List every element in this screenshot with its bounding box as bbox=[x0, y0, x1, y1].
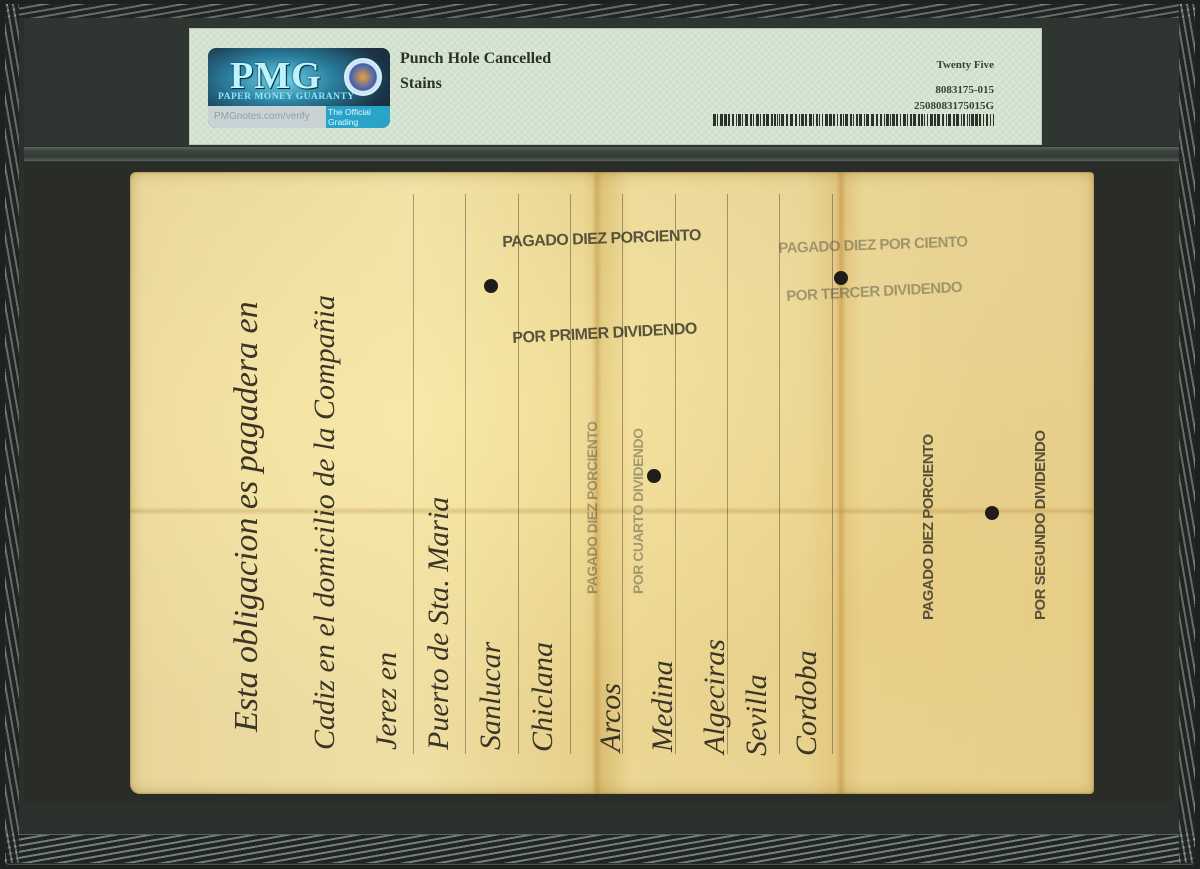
pmg-logo: PMG PAPER MONEY GUARANTY PMGnotes.com/ve… bbox=[208, 48, 390, 128]
ruled-line bbox=[518, 194, 519, 754]
holder-frame-right bbox=[1179, 4, 1195, 863]
verify-url: PMGnotes.com/verify bbox=[208, 106, 326, 128]
punch-hole bbox=[985, 506, 999, 520]
script-line: Sanlucar bbox=[474, 642, 508, 750]
ruled-line bbox=[570, 194, 571, 754]
payment-stamp: PAGADO DIEZ PORCIENTO bbox=[584, 421, 600, 594]
holder-frame-top bbox=[5, 4, 1195, 18]
ruled-line bbox=[832, 194, 833, 754]
punch-hole bbox=[647, 469, 661, 483]
payment-stamp: PAGADO DIEZ PORCIENTO bbox=[920, 434, 937, 620]
holder-frame-bottom bbox=[5, 834, 1195, 863]
cert-number: 8083175-015 bbox=[935, 84, 994, 96]
label-comment: Stains bbox=[400, 75, 442, 93]
fold-line bbox=[130, 507, 1094, 515]
fold-line bbox=[836, 172, 846, 794]
payment-stamp: POR SEGUNDO DIVIDENDO bbox=[1032, 430, 1049, 620]
pmg-tagline: PAPER MONEY GUARANTY bbox=[218, 92, 355, 102]
payment-stamp: PAGADO DIEZ POR CIENTO bbox=[778, 233, 968, 257]
denomination: Twenty Five bbox=[936, 59, 994, 71]
punch-hole bbox=[484, 279, 498, 293]
payment-stamp: POR PRIMER DIVIDENDO bbox=[512, 320, 697, 348]
banknote: Esta obligacion es pagadera en Cadiz en … bbox=[130, 172, 1094, 794]
payment-stamp: POR CUARTO DIVIDENDO bbox=[630, 428, 646, 594]
ruled-line bbox=[622, 194, 623, 754]
barcode bbox=[713, 114, 994, 126]
hologram-seal-icon bbox=[344, 58, 382, 96]
grading-label: PMG PAPER MONEY GUARANTY PMGnotes.com/ve… bbox=[189, 28, 1042, 145]
script-line: Sevilla bbox=[740, 674, 774, 756]
script-line: Arcos bbox=[594, 683, 628, 752]
holder-divider bbox=[24, 147, 1182, 161]
script-line: Cadiz en el domicilio de la Compañia bbox=[308, 295, 342, 750]
punch-hole bbox=[834, 271, 848, 285]
payment-stamp: POR TERCER DIVIDENDO bbox=[786, 279, 963, 305]
payment-stamp: PAGADO DIEZ PORCIENTO bbox=[502, 227, 701, 252]
label-comment: Punch Hole Cancelled bbox=[400, 50, 551, 68]
ruled-line bbox=[413, 194, 414, 754]
script-line: Puerto de Sta. Maria bbox=[422, 497, 456, 750]
ana-badge: The Official Grading Service of the ANA bbox=[326, 106, 390, 128]
ruled-line bbox=[779, 194, 780, 754]
script-line: Cordoba bbox=[790, 650, 824, 756]
script-line: Algeciras bbox=[698, 639, 732, 754]
script-line: Medina bbox=[646, 660, 680, 752]
holder-frame-left bbox=[5, 4, 19, 863]
barcode-number: 2508083175015G bbox=[914, 100, 994, 112]
ruled-line bbox=[465, 194, 466, 754]
script-line: Chiclana bbox=[526, 642, 560, 752]
script-line: Esta obligacion es pagadera en bbox=[228, 301, 266, 732]
script-line: Jerez en bbox=[370, 652, 404, 750]
